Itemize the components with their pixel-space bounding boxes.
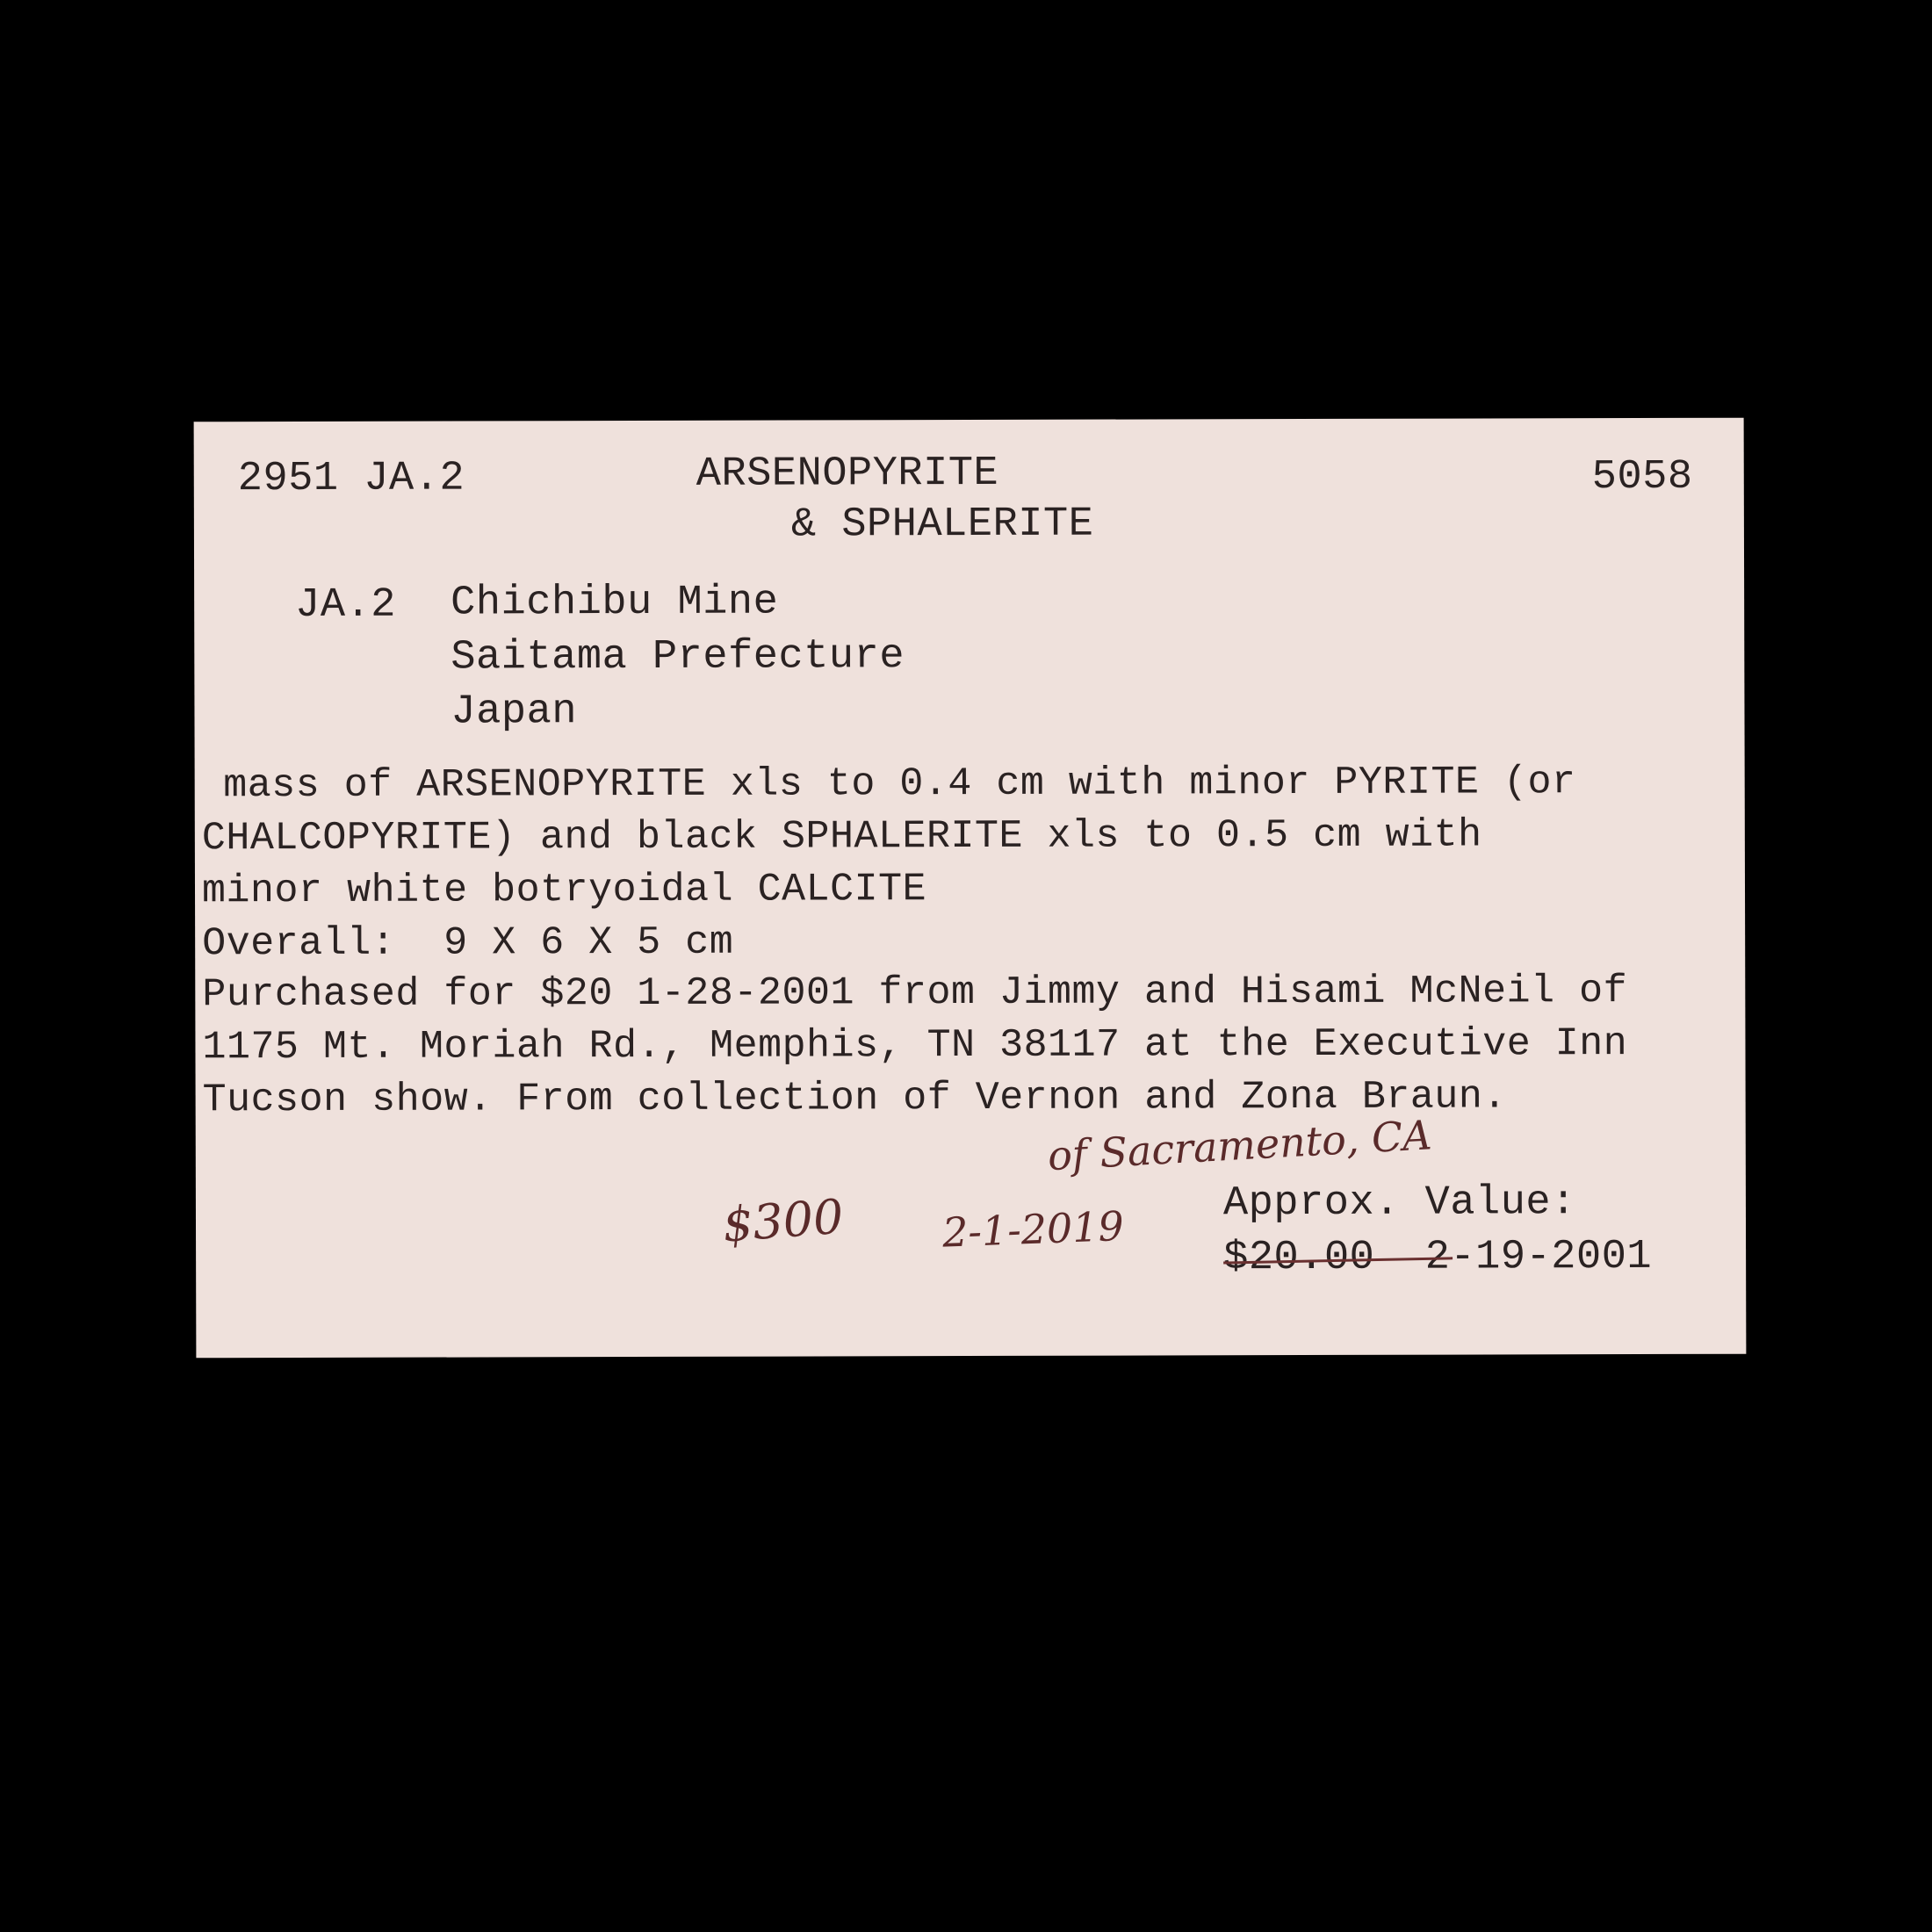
approx-value-struck: $20.00 2-19-	[1223, 1234, 1551, 1281]
locality-line-1: Chichibu Mine	[451, 582, 778, 624]
handwritten-location: of Sacramento, CA	[1047, 1111, 1433, 1179]
approx-value-year: 2001	[1551, 1234, 1652, 1280]
handwritten-value: $300	[721, 1189, 846, 1253]
description-line-1: mass of ARSENOPYRITE xls to 0.4 cm with …	[199, 762, 1576, 805]
approx-value: $20.00 2-19-2001	[1223, 1236, 1652, 1279]
mineral-title-line1: ARSENOPYRITE	[696, 453, 999, 495]
purchase-line-1: Purchased for $20 1-28-2001 from Jimmy a…	[202, 971, 1627, 1014]
handwritten-date: 2-1-2019	[941, 1202, 1125, 1257]
description-line-3: minor white botryoidal CALCITE	[202, 869, 926, 911]
locality-code: JA.2	[295, 585, 396, 626]
purchase-line-2: 1175 Mt. Moriah Rd., Memphis, TN 38117 a…	[202, 1024, 1627, 1067]
locality-line-2: Saitama Prefecture	[451, 636, 905, 678]
catalog-number: 2951 JA.2	[238, 458, 465, 501]
description-line-2: CHALCOPYRITE) and black SPHALERITE xls t…	[202, 815, 1482, 858]
mineral-title-line2: & SPHALERITE	[791, 504, 1094, 546]
specimen-label-card: 2951 JA.2 ARSENOPYRITE & SPHALERITE 5058…	[194, 418, 1747, 1359]
locality-line-3: Japan	[451, 691, 577, 732]
approx-value-label: Approx. Value:	[1223, 1182, 1576, 1224]
overall-size: Overall: 9 X 6 X 5 cm	[202, 923, 733, 964]
purchase-line-3: Tucson show. From collection of Vernon a…	[203, 1077, 1507, 1120]
specimen-number: 5058	[1592, 457, 1693, 498]
